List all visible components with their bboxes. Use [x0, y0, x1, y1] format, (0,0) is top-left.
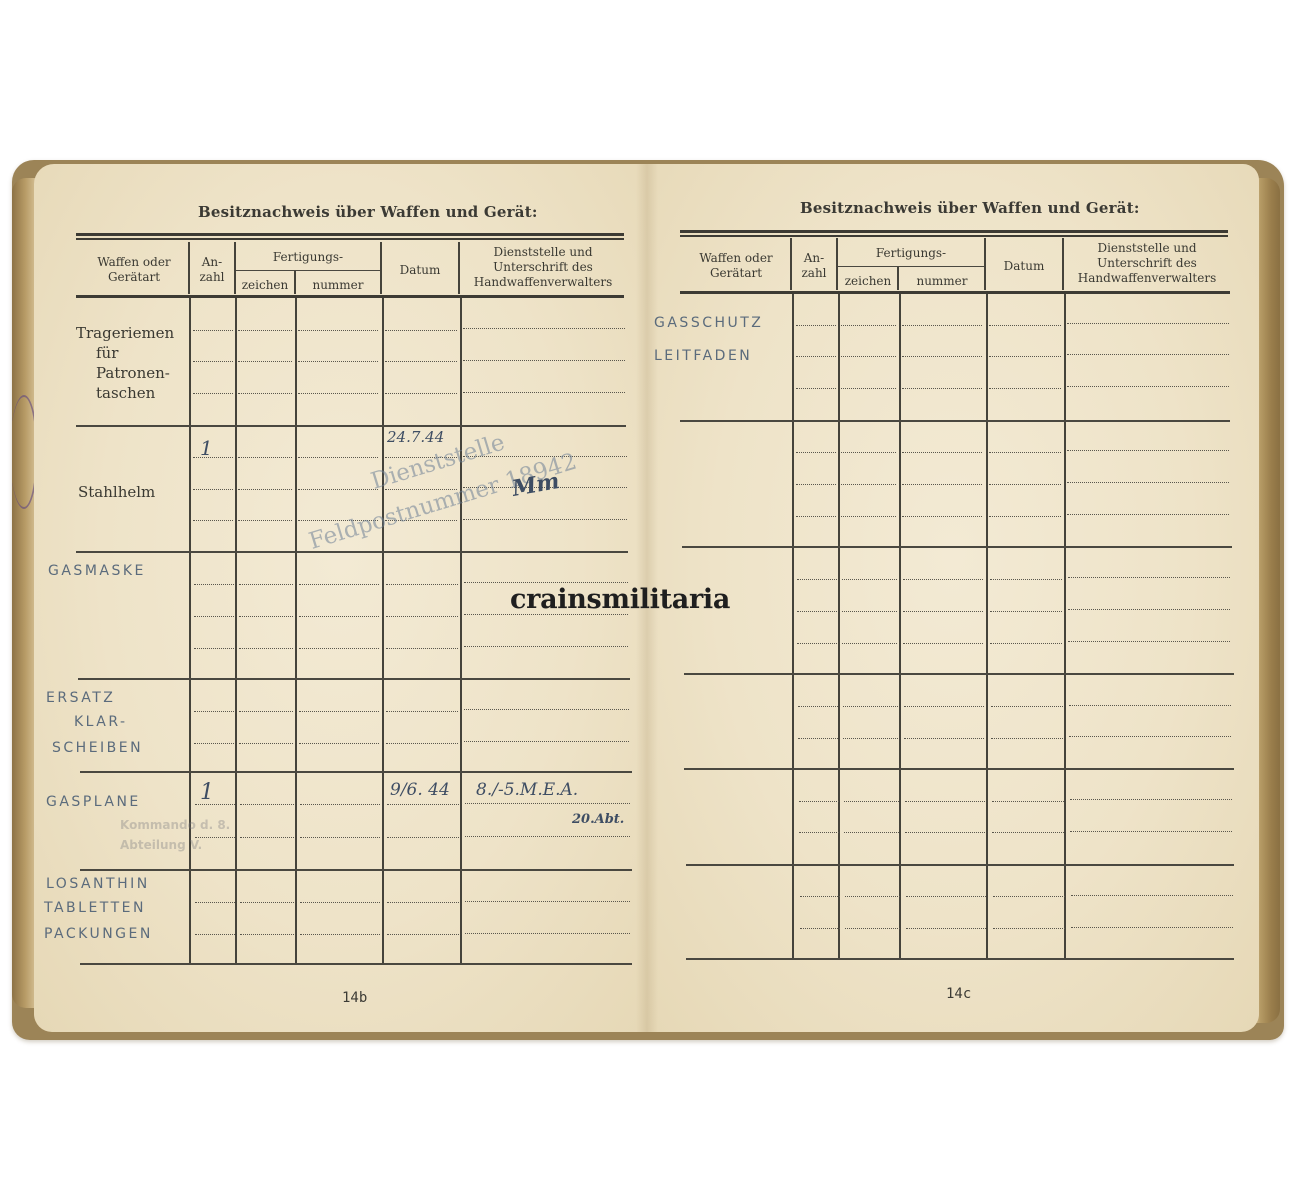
left-row-separator — [78, 678, 630, 680]
right-page-title: Besitznachweis über Waffen und Gerät: — [800, 199, 1140, 217]
left-page-title: Besitznachweis über Waffen und Gerät: — [198, 203, 538, 221]
right-row-separator — [684, 673, 1234, 675]
left-header-vline — [380, 242, 382, 294]
right-header-waffen: Waffen oder Gerätart — [682, 251, 790, 281]
right-header-vline — [984, 238, 986, 290]
right-row-separator — [686, 864, 1234, 866]
right-row-separator — [684, 768, 1234, 770]
left-header-vline — [234, 242, 236, 294]
left-body-vline — [189, 298, 191, 964]
left-header-waffen: Waffen oder Gerätart — [80, 255, 188, 285]
left-row-separator — [80, 869, 632, 871]
left-page-number: 14b — [342, 990, 367, 1006]
right-body-vline — [1064, 294, 1066, 959]
left-header-vline — [294, 271, 296, 294]
left-row2-anzahl: 1 — [200, 436, 213, 460]
left-row5-faint-stamp-2: Abteilung V. — [120, 838, 202, 852]
left-header-vline — [458, 242, 460, 294]
right-row1-item: GASSCHUTZ LEITFADEN — [654, 313, 763, 366]
left-header-top-rule — [76, 233, 624, 236]
left-header-zeichen: zeichen — [236, 278, 294, 293]
left-header-top-rule-2 — [76, 238, 624, 240]
left-row-separator — [80, 771, 632, 773]
left-header-bottom-rule — [76, 295, 624, 298]
right-page-number: 14c — [946, 986, 971, 1002]
right-header-top-rule — [680, 230, 1228, 233]
right-page — [647, 164, 1259, 1032]
left-header-vline — [188, 242, 190, 294]
right-body-vline — [986, 294, 988, 959]
right-header-anzahl: An-zahl — [792, 251, 836, 281]
right-header-dienststelle: Dienststelle und Unterschrift des Handwa… — [1066, 241, 1228, 286]
right-header-vline — [836, 238, 838, 290]
left-row5-datum: 9/6. 44 — [390, 780, 450, 800]
left-header-group-divider — [236, 270, 380, 271]
right-body-vline — [899, 294, 901, 959]
left-row2-item: Stahlhelm — [78, 482, 155, 502]
right-header-vline — [897, 267, 899, 290]
left-header-fertigungs: Fertigungs- — [236, 250, 380, 265]
right-row-separator — [682, 546, 1232, 548]
left-row4-item: ERSATZ KLAR- SCHEIBEN — [46, 688, 143, 758]
left-header-anzahl: An-zahl — [190, 255, 234, 285]
right-header-nummer: nummer — [899, 274, 985, 289]
right-header-vline — [1062, 238, 1064, 290]
left-row-separator — [76, 425, 626, 427]
left-row5-faint-stamp-1: Kommando d. 8. — [120, 818, 230, 832]
left-row-separator — [80, 963, 632, 965]
left-header-nummer: nummer — [295, 278, 381, 293]
watermark-text: crainsmilitaria — [510, 584, 730, 615]
right-row-separator — [680, 420, 1230, 422]
left-row-separator — [76, 551, 628, 553]
left-row2-datum: 24.7.44 — [387, 428, 444, 446]
right-body-vline — [838, 294, 840, 959]
right-header-group-divider — [838, 266, 984, 267]
right-header-fertigungs: Fertigungs- — [838, 246, 984, 261]
right-header-top-rule-2 — [680, 235, 1228, 237]
left-row5-anzahl: 1 — [200, 780, 214, 805]
left-row1-item: Trageriemen für Patronen- taschen — [76, 323, 174, 403]
right-header-zeichen: zeichen — [838, 274, 898, 289]
left-body-vline — [382, 298, 384, 964]
right-body-vline — [792, 294, 794, 959]
left-row3-item: GASMASKE — [48, 561, 146, 581]
right-header-datum: Datum — [986, 259, 1062, 274]
left-body-vline — [460, 298, 462, 964]
right-header-vline — [790, 238, 792, 290]
left-row5-dienststelle: 8./-5.M.E.A. — [476, 780, 578, 800]
left-header-dienststelle: Dienststelle und Unterschrift des Handwa… — [462, 245, 624, 290]
left-row5-signature: 20.Abt. — [572, 812, 624, 827]
right-row-separator — [686, 958, 1234, 960]
left-row5-item: GASPLANE — [46, 792, 141, 812]
right-header-bottom-rule — [680, 291, 1230, 294]
left-body-vline — [295, 298, 297, 964]
left-row6-item: LOSANTHIN TABLETTEN PACKUNGEN — [44, 874, 153, 944]
left-header-datum: Datum — [382, 263, 458, 278]
left-body-vline — [235, 298, 237, 964]
